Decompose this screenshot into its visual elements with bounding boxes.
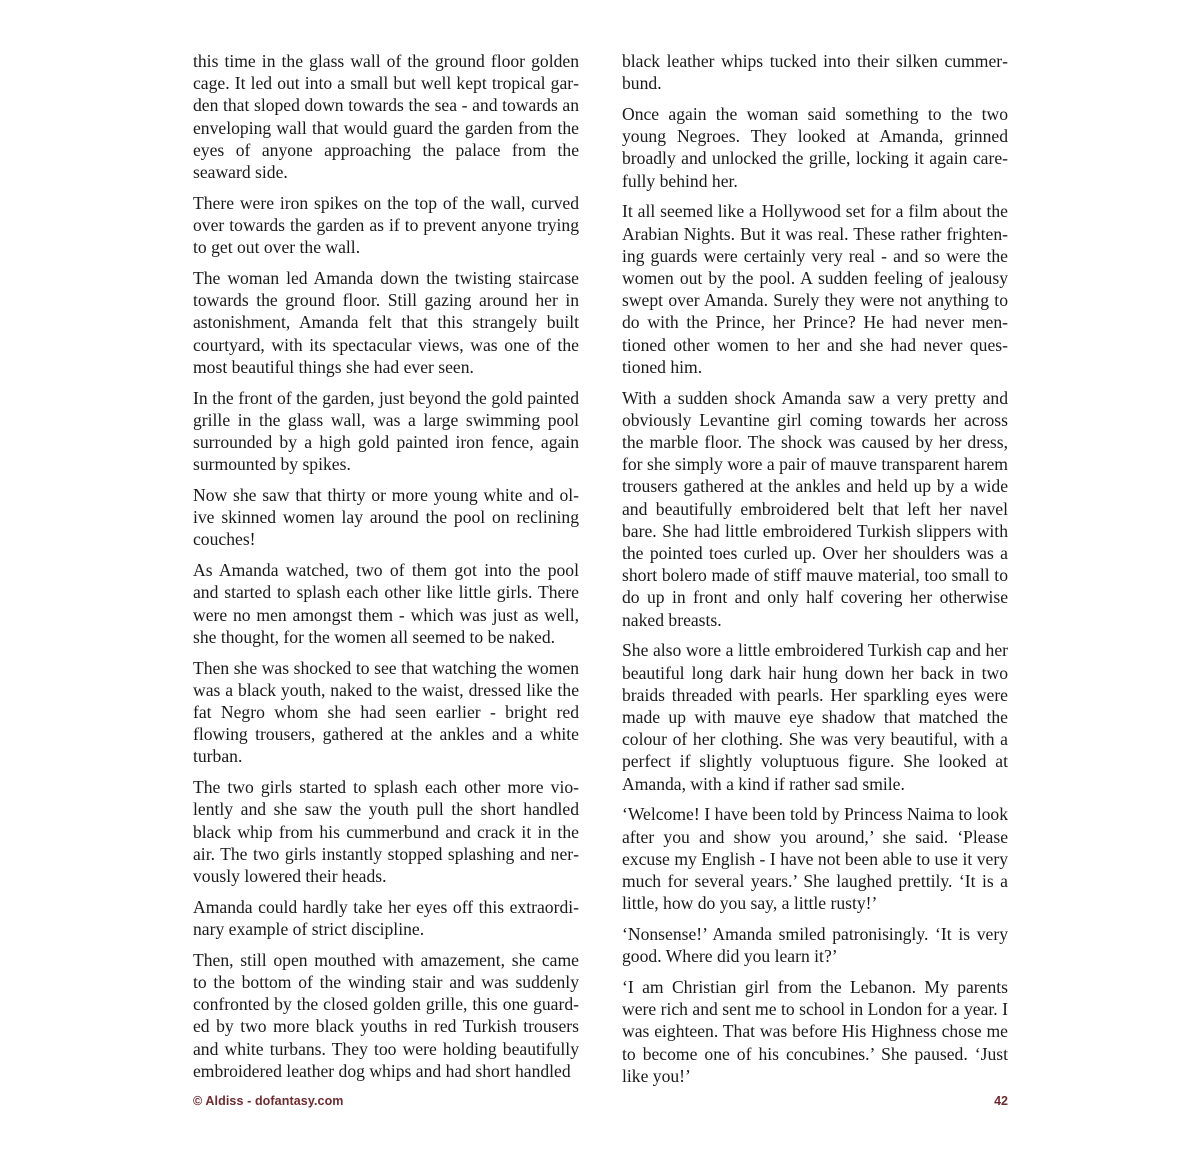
left-text-column: this time in the glass wall of the groun… <box>193 50 579 1091</box>
paragraph: It all seemed like a Hollywood set for a… <box>622 200 1008 378</box>
paragraph: Then, still open mouthed with amazement,… <box>193 949 579 1082</box>
right-text-column: black leather whips tucked into their si… <box>622 50 1008 1096</box>
paragraph: The two girls started to splash each oth… <box>193 776 579 887</box>
copyright-credit: © Aldiss - dofantasy.com <box>193 1094 344 1108</box>
paragraph: She also wore a little embroidered Turki… <box>622 639 1008 794</box>
paragraph: Then she was shocked to see that watchin… <box>193 657 579 768</box>
paragraph: ‘Nonsense!’ Amanda smiled patronisingly.… <box>622 923 1008 967</box>
paragraph: this time in the glass wall of the groun… <box>193 50 579 183</box>
paragraph: Once again the woman said something to t… <box>622 103 1008 192</box>
paragraph: The woman led Amanda down the twisting s… <box>193 267 579 378</box>
paragraph: With a sudden shock Amanda saw a very pr… <box>622 387 1008 631</box>
paragraph: In the front of the garden, just beyond … <box>193 387 579 476</box>
paragraph: ‘I am Christian girl from the Lebanon. M… <box>622 976 1008 1087</box>
paragraph: As Amanda watched, two of them got into … <box>193 559 579 648</box>
paragraph: black leather whips tucked into their si… <box>622 50 1008 94</box>
paragraph: Amanda could hardly take her eyes off th… <box>193 896 579 940</box>
document-page: this time in the glass wall of the groun… <box>0 0 1200 1158</box>
paragraph: ‘Welcome! I have been told by Princess N… <box>622 803 1008 914</box>
paragraph: There were iron spikes on the top of the… <box>193 192 579 259</box>
page-number: 42 <box>994 1094 1008 1108</box>
paragraph: Now she saw that thirty or more young wh… <box>193 484 579 551</box>
